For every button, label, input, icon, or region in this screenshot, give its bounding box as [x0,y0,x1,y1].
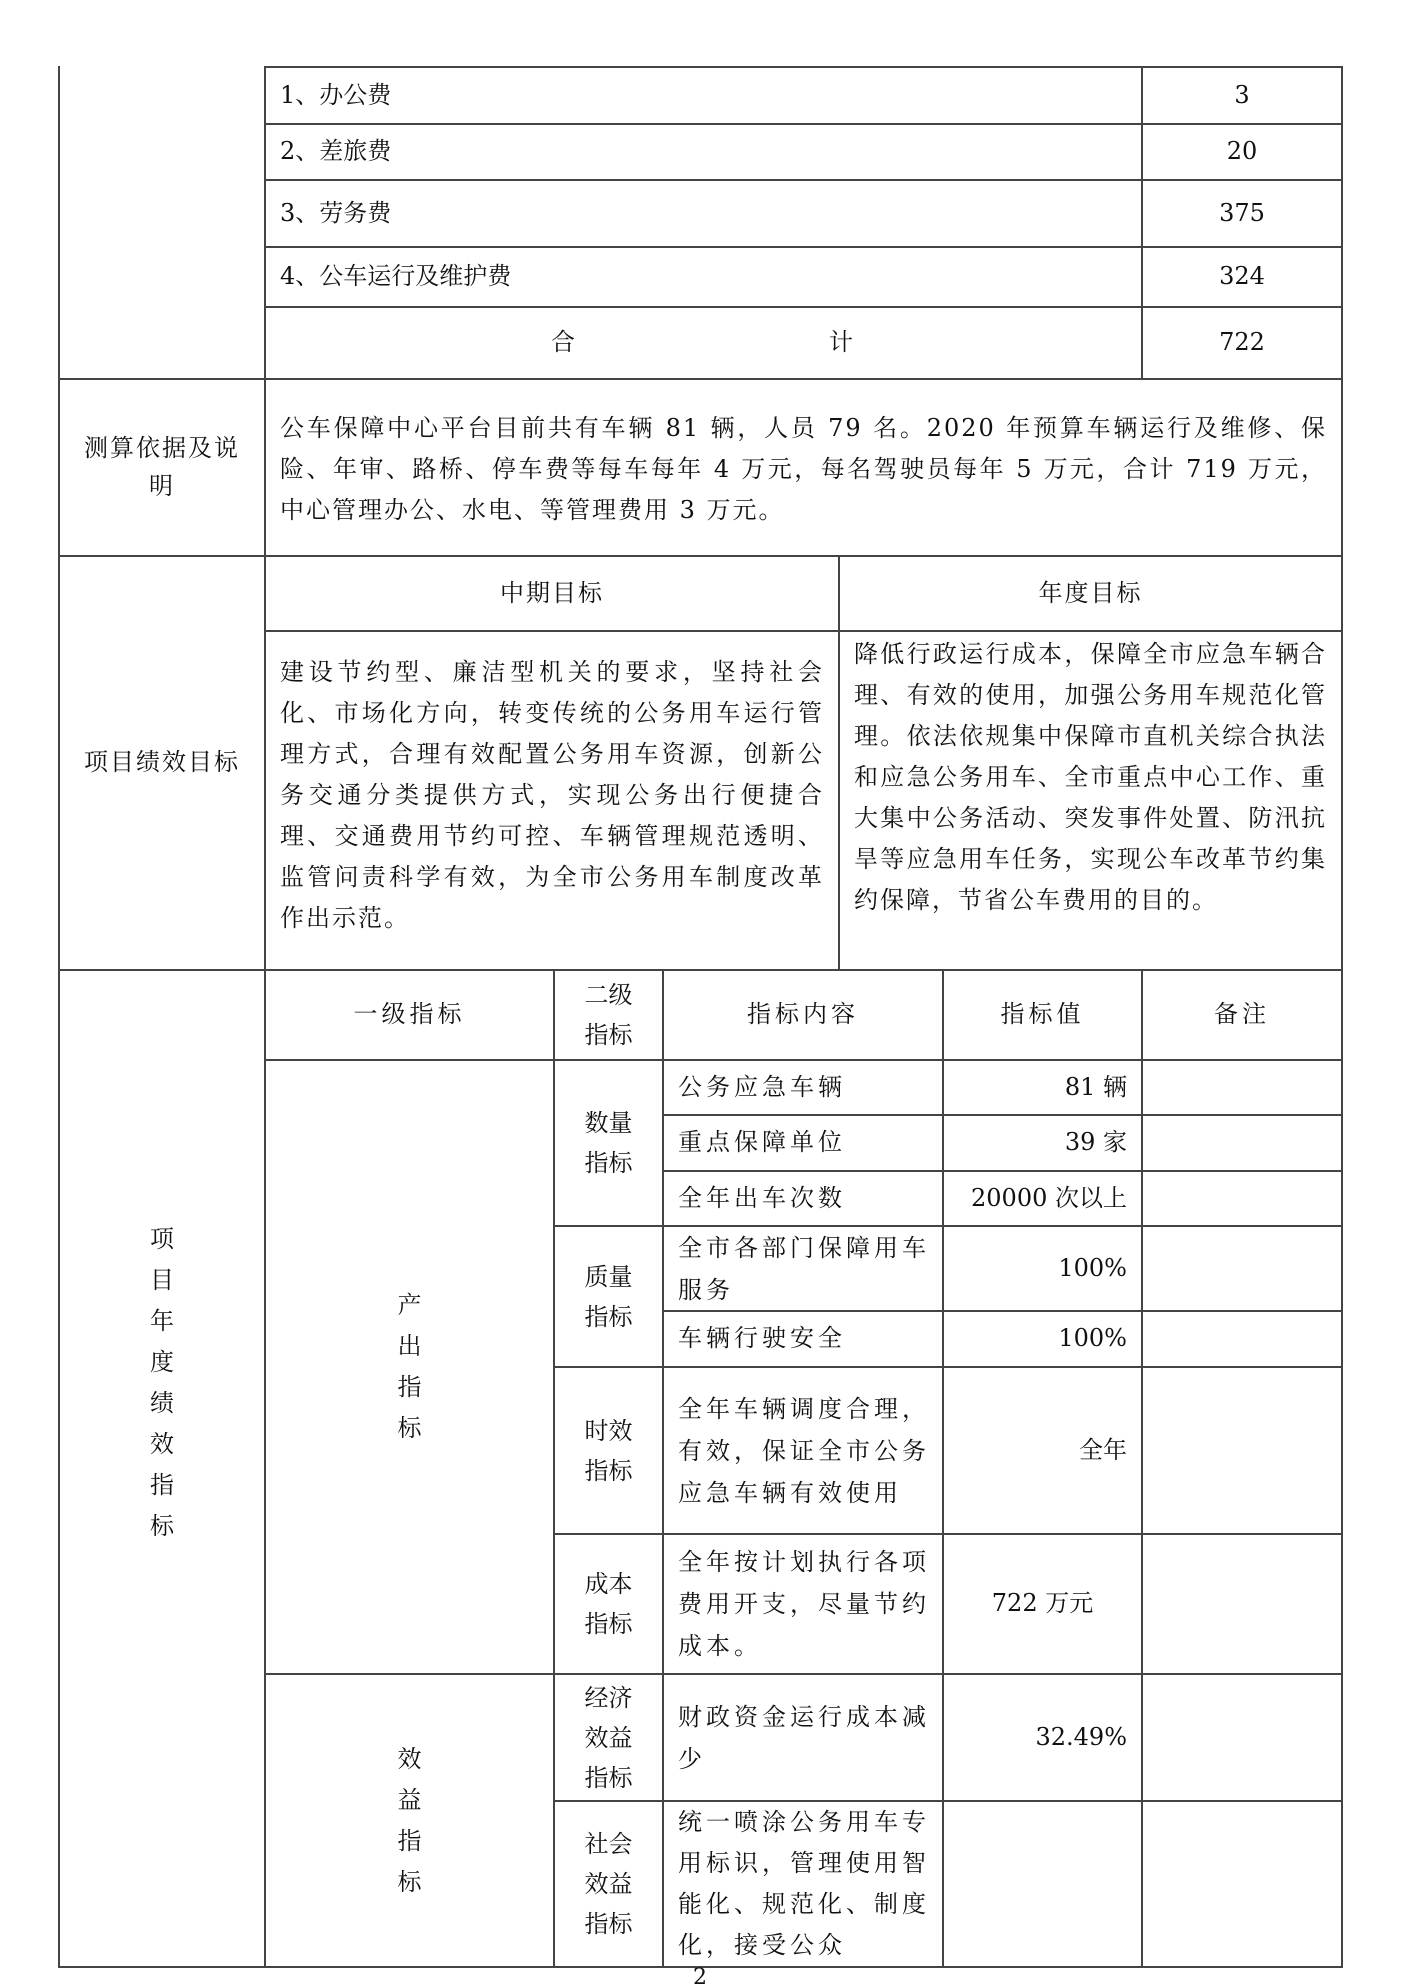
header-level1: 一级指标 [266,971,553,1059]
label-char: 度 [150,1342,174,1383]
label-char: 目 [150,1260,174,1301]
label-char: 效 [150,1424,174,1465]
basis-text: 公车保障中心平台目前共有车辆 81 辆，人员 79 名。2020 年预算车辆运行… [266,380,1341,555]
indicator-value: 全年 [944,1368,1141,1533]
basis-label: 测算依据及说明 [60,380,264,555]
indicator-content: 全市各部门保障用车服务 [664,1227,942,1310]
benefit-indicator-label: 效 益 指 标 [266,1675,553,1966]
budget-item-label: 1、办公费 [266,68,1141,123]
indicator-remark [1143,1675,1341,1800]
header-value: 指标值 [944,971,1141,1059]
indicator-remark [1143,1172,1341,1225]
indicator-content: 财政资金运行成本减少 [664,1675,942,1800]
indicator-value [944,1802,1141,1966]
budget-item-value: 324 [1143,248,1341,306]
header-remark: 备注 [1143,971,1341,1059]
label-char: 标 [398,1862,422,1903]
total-label-left: 合 [551,324,575,361]
indicator-remark [1143,1312,1341,1366]
indicator-content: 全年车辆调度合理，有效，保证全市公务应急车辆有效使用 [664,1368,942,1533]
indicator-value: 20000 次以上 [944,1172,1141,1225]
budget-item-label: 4、公车运行及维护费 [266,248,1141,306]
budget-item-value: 20 [1143,125,1341,179]
goals-label: 项目绩效目标 [60,557,264,969]
label-line: 指标 [585,1297,633,1337]
quality-indicator-label: 质量 指标 [555,1227,662,1366]
label-line: 经济 [585,1678,633,1718]
indicator-remark [1143,1061,1341,1114]
indicator-content: 车辆行驶安全 [664,1312,942,1366]
label-char: 标 [398,1408,422,1449]
total-label: 合 计 [266,308,1141,378]
header-level2: 二级 指标 [555,971,662,1059]
header-level2-line: 二级 [585,975,633,1015]
budget-item-value: 3 [1143,68,1341,123]
label-line: 指标 [585,1451,633,1491]
label-line: 效益 [585,1718,633,1758]
budget-item-label: 2、差旅费 [266,125,1141,179]
indicator-value: 81 辆 [944,1061,1141,1114]
label-char: 标 [150,1506,174,1547]
indicators-section-label: 项 目 年 度 绩 效 指 标 [60,1059,264,1966]
indicator-value: 100% [944,1312,1141,1366]
cost-indicator-label: 成本 指标 [555,1535,662,1673]
label-char: 指 [398,1367,422,1408]
label-line: 指标 [585,1758,633,1798]
indicator-remark [1143,1368,1341,1533]
timeliness-indicator-label: 时效 指标 [555,1368,662,1533]
budget-item-value: 375 [1143,181,1341,246]
total-label-right: 计 [829,324,853,361]
label-char: 指 [398,1821,422,1862]
indicator-value: 39 家 [944,1116,1141,1170]
label-char: 出 [398,1326,422,1367]
indicator-value: 32.49% [944,1675,1141,1800]
label-char: 指 [150,1465,174,1506]
label-line: 指标 [585,1604,633,1644]
indicator-value: 722 万元 [944,1535,1141,1673]
economic-benefit-label: 经济 效益 指标 [555,1675,662,1800]
header-level2-line: 指标 [585,1015,633,1055]
label-line: 社会 [585,1824,633,1864]
indicator-value: 100% [944,1227,1141,1310]
label-line: 时效 [585,1411,633,1451]
label-line: 数量 [585,1103,633,1143]
indicator-content: 全年出车次数 [664,1172,942,1225]
label-line: 效益 [585,1864,633,1904]
label-line: 成本 [585,1564,633,1604]
label-line: 质量 [585,1257,633,1297]
indicator-remark [1143,1227,1341,1310]
label-char: 产 [398,1285,422,1326]
output-indicator-label: 产 出 指 标 [266,1061,553,1673]
indicator-content: 全年按计划执行各项费用开支，尽量节约成本。 [664,1535,942,1673]
label-char: 绩 [150,1383,174,1424]
label-line: 指标 [585,1143,633,1183]
indicator-content: 公务应急车辆 [664,1061,942,1114]
header-content: 指标内容 [664,971,942,1059]
label-char: 效 [398,1739,422,1780]
label-char: 项 [150,1219,174,1260]
label-char: 年 [150,1301,174,1342]
social-benefit-label: 社会 效益 指标 [555,1802,662,1966]
indicator-content: 重点保障单位 [664,1116,942,1170]
mid-term-text: 建设节约型、廉洁型机关的要求，坚持社会化、市场化方向，转变传统的公务用车运行管理… [266,632,838,969]
annual-text: 降低行政运行成本，保障全市应急车辆合理、有效的使用，加强公务用车规范化管理。依法… [840,632,1341,969]
annual-header: 年度目标 [840,557,1341,630]
indicator-remark [1143,1802,1341,1966]
budget-item-label: 3、劳务费 [266,181,1141,246]
mid-term-header: 中期目标 [266,557,838,630]
label-char: 益 [398,1780,422,1821]
indicator-remark [1143,1535,1341,1673]
label-line: 指标 [585,1904,633,1944]
quantity-indicator-label: 数量 指标 [555,1061,662,1225]
indicator-remark [1143,1116,1341,1170]
indicator-content: 统一喷涂公务用车专用标识，管理使用智能化、规范化、制度化，接受公众 [664,1802,942,1966]
grid-line [1341,66,1343,1968]
page-number: 2 [660,1966,740,1988]
total-value: 722 [1143,308,1341,378]
